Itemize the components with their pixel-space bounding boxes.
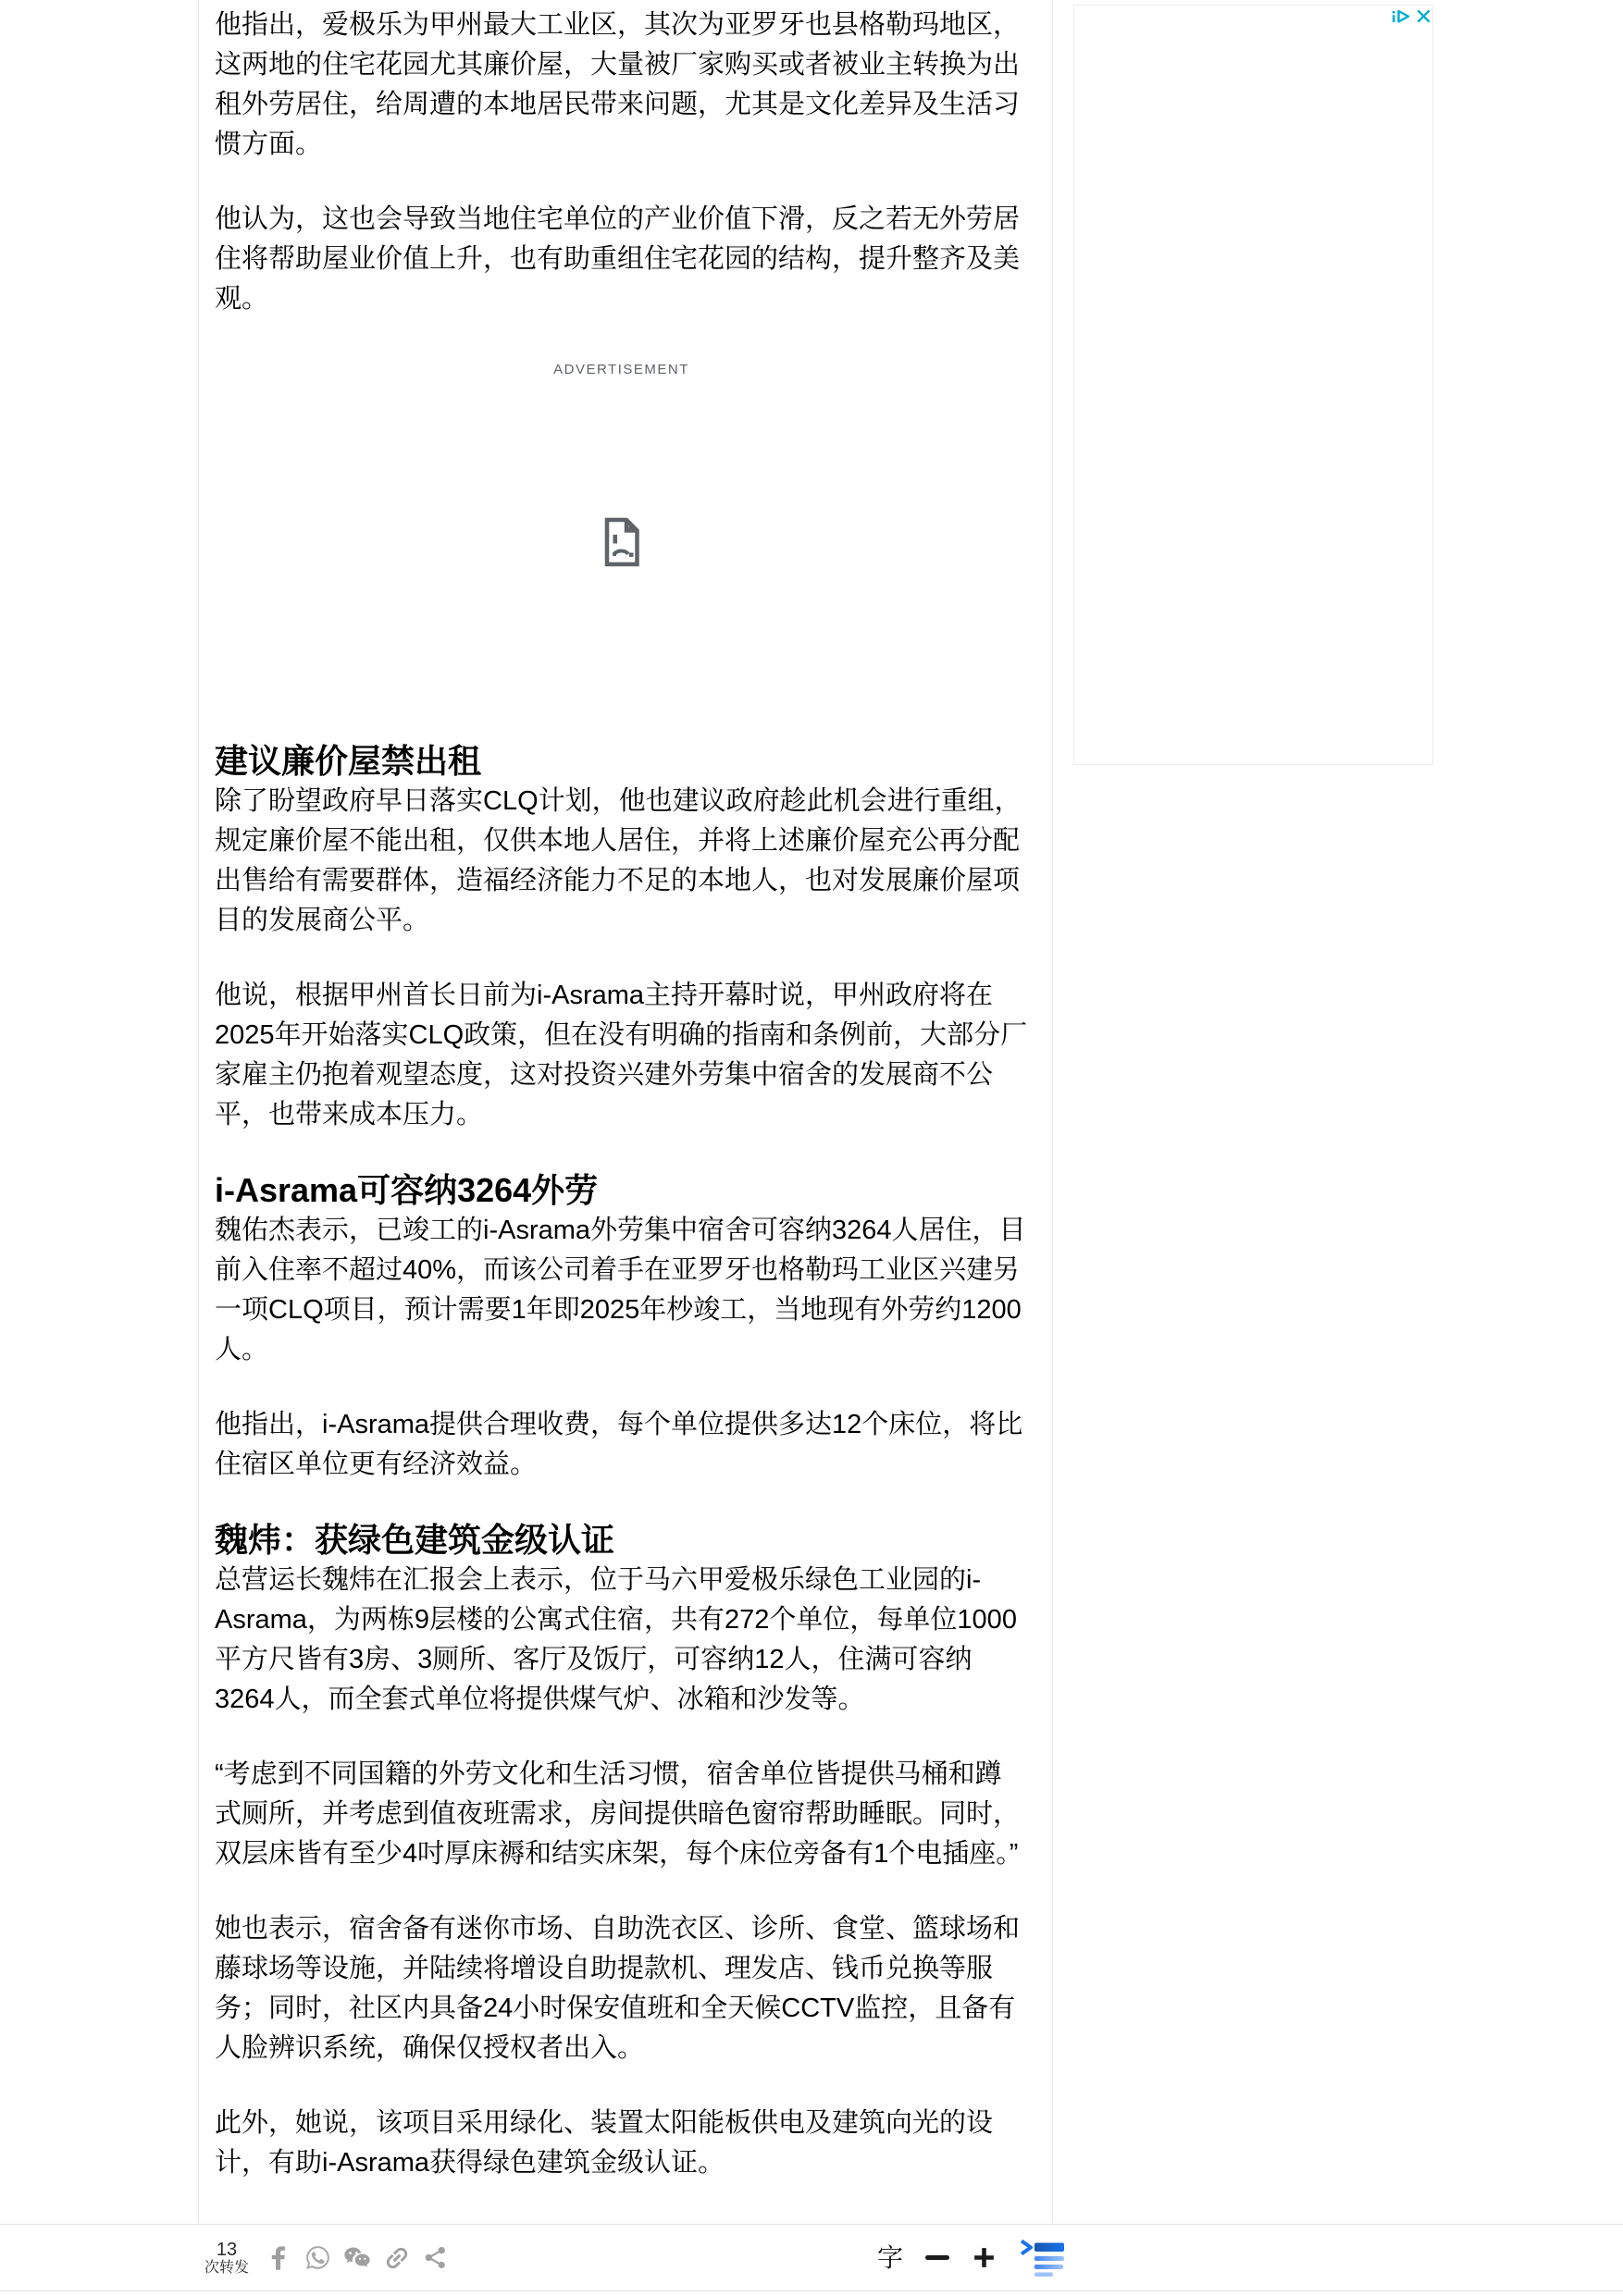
article-paragraph: 他指出，爱极乐为甲州最大工业区，其次为亚罗牙也县格勒玛地区，这两地的住宅花园尤其…: [215, 6, 1028, 165]
increase-font-button[interactable]: [972, 2245, 997, 2270]
inline-ad-frame: [215, 378, 1028, 706]
copy-link-button[interactable]: [383, 2244, 411, 2272]
section-heading: 魏炜：获绿色建筑金级认证: [215, 1520, 1028, 1561]
bottom-toolbar: 13 次转发: [0, 2224, 1623, 2291]
minus-icon: [925, 2255, 949, 2260]
article-paragraph: 她也表示，宿舍备有迷你市场、自助洗衣区、诊所、食堂、篮球场和藤球场等设施，并陆续…: [215, 1909, 1028, 2068]
section-heading: i-Asrama可容纳3264外劳: [215, 1170, 1028, 1211]
adchoices-button[interactable]: [1391, 8, 1411, 24]
article-paragraph: 此外，她说，该项目采用绿化、装置太阳能板供电及建筑向光的设计，有助i-Asram…: [215, 2104, 1028, 2183]
adchoices-icon: [1391, 8, 1411, 24]
share-count: 13 次转发: [204, 2240, 249, 2276]
font-size-controls: 字: [877, 2225, 1066, 2290]
broken-image-icon: [602, 517, 641, 567]
article-paragraph: 魏佑杰表示，已竣工的i-Asrama外劳集中宿舍可容纳3264人居住，目前入住率…: [215, 1211, 1028, 1370]
wechat-icon: [343, 2246, 371, 2270]
inline-ad: ADVERTISEMENT: [215, 362, 1028, 706]
section-heading: 建议廉价屋禁出租: [215, 741, 1028, 782]
article-paragraph: 他指出，i-Asrama提供合理收费，每个单位提供多达12个床位，将比住宿区单位…: [215, 1405, 1028, 1485]
font-size-label: 字: [877, 2245, 903, 2271]
related-articles-icon: [1019, 2240, 1066, 2277]
facebook-icon: [266, 2244, 292, 2271]
share-icon: [423, 2245, 448, 2270]
related-articles-button[interactable]: [1019, 2240, 1066, 2277]
sidebar-ad-container: [1073, 5, 1433, 765]
decrease-font-button[interactable]: [925, 2255, 949, 2260]
copy-link-icon: [383, 2244, 411, 2272]
article-paragraph: 他认为，这也会导致当地住宅单位的产业价值下滑，反之若无外劳居住将帮助屋业价值上升…: [215, 200, 1028, 319]
sidebar-ad-controls: [1391, 8, 1431, 24]
advertisement-label: ADVERTISEMENT: [215, 362, 1028, 378]
share-group: 13 次转发: [204, 2225, 448, 2290]
whatsapp-share-button[interactable]: [304, 2244, 331, 2271]
plus-icon: [972, 2245, 997, 2270]
article-paragraph: 他说，根据甲州首长日前为i-Asrama主持开幕时说，甲州政府将在2025年开始…: [215, 976, 1028, 1135]
article-paragraph: 总营运长魏炜在汇报会上表示，位于马六甲爱极乐绿色工业园的i-Asrama，为两栋…: [215, 1561, 1028, 1720]
close-ad-button[interactable]: [1417, 9, 1431, 23]
facebook-share-button[interactable]: [266, 2244, 292, 2271]
article-column: 他指出，爱极乐为甲州最大工业区，其次为亚罗牙也县格勒玛地区，这两地的住宅花园尤其…: [198, 0, 1053, 2225]
whatsapp-icon: [304, 2244, 331, 2271]
article-paragraph: 除了盼望政府早日落实CLQ计划，他也建议政府趁此机会进行重组，规定廉价屋不能出租…: [215, 782, 1028, 941]
close-icon: [1417, 9, 1431, 23]
article-quote-paragraph: “考虑到不同国籍的外劳文化和生活习惯，宿舍单位皆提供马桶和蹲式厕所，并考虑到值夜…: [215, 1755, 1028, 1874]
share-count-label: 次转发: [204, 2260, 249, 2276]
share-count-number: 13: [204, 2240, 249, 2260]
share-button[interactable]: [423, 2245, 448, 2270]
wechat-share-button[interactable]: [343, 2246, 371, 2270]
